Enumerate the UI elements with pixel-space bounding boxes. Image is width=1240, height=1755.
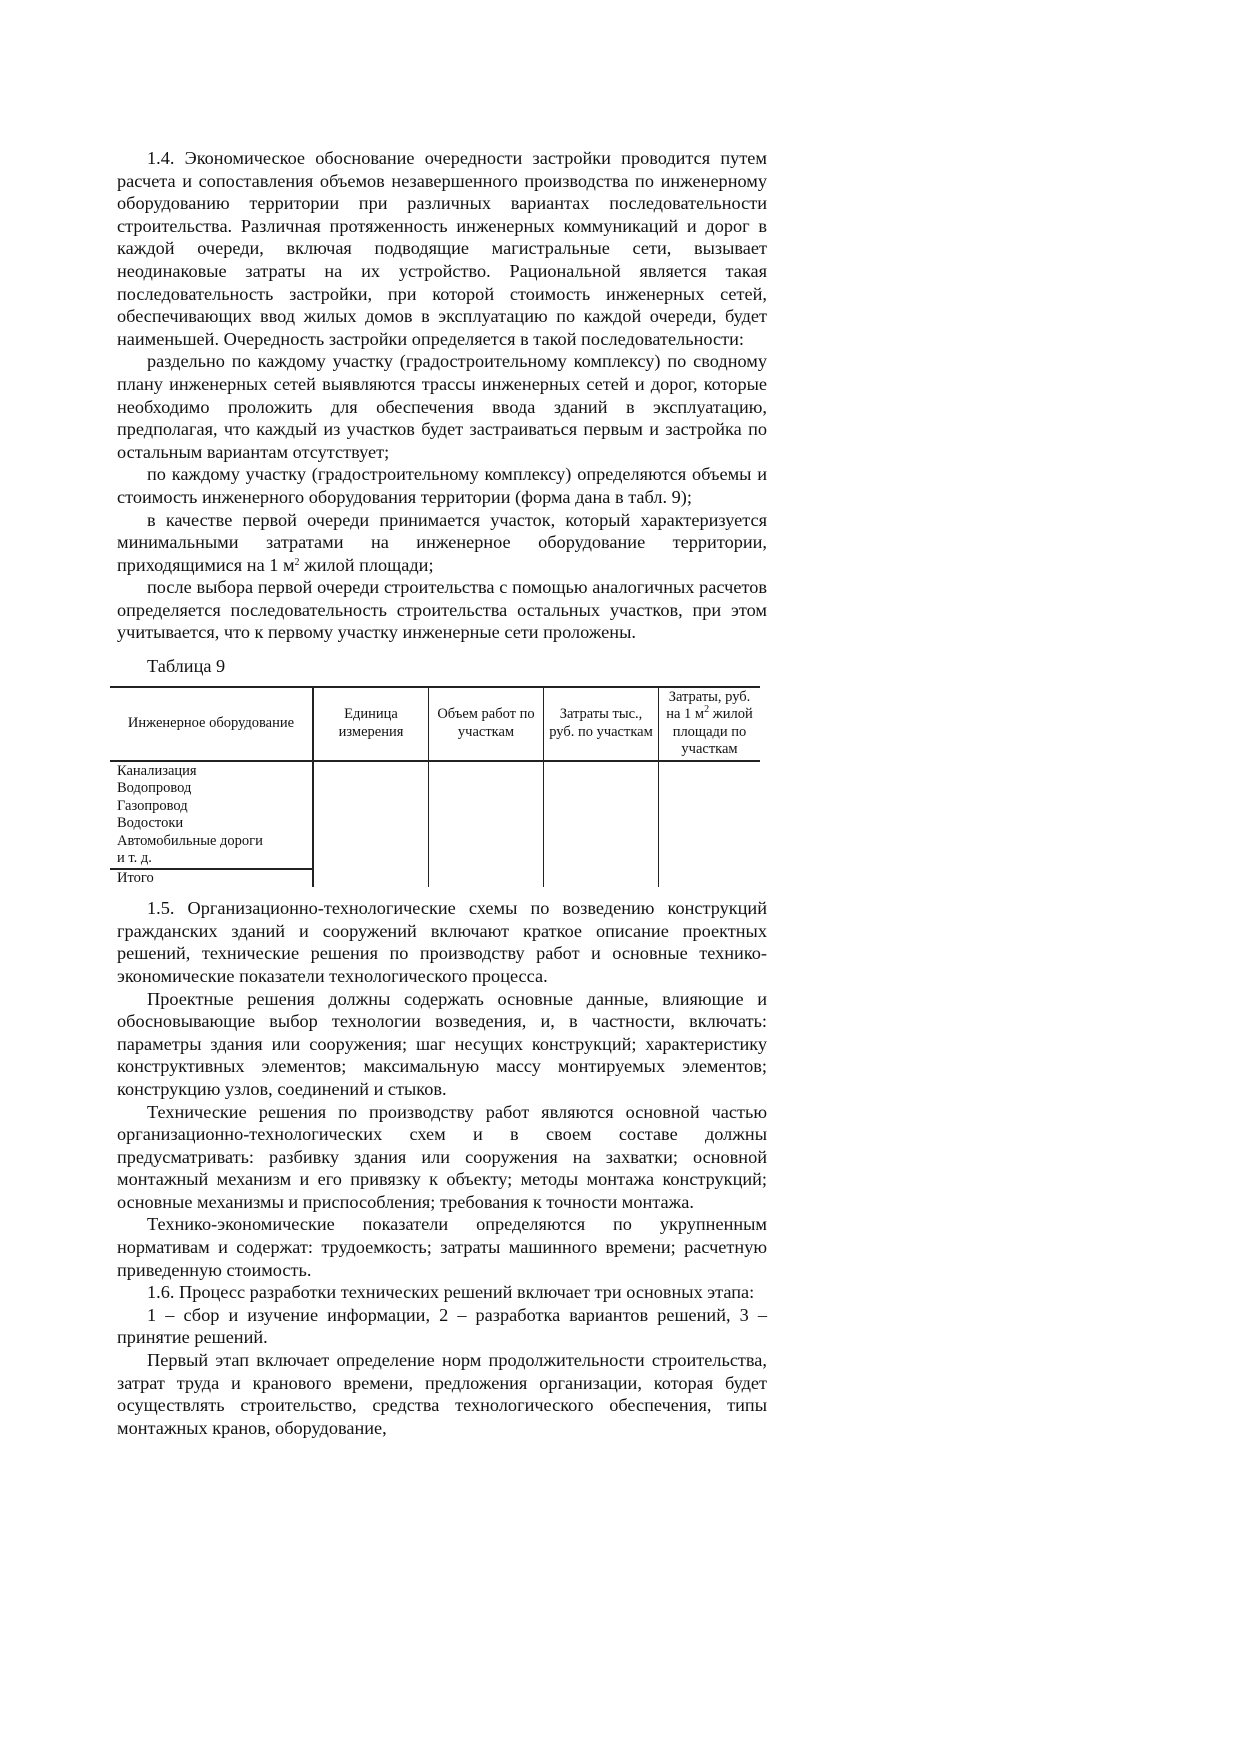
table-9: Инженерное оборудование Единица измерени… <box>110 686 760 888</box>
paragraph-step-4: после выбора первой очереди строительств… <box>117 576 767 644</box>
cost-per-m2-cell <box>659 761 761 888</box>
paragraph-design-solutions: Проектные решения должны содержать основ… <box>117 988 767 1101</box>
paragraph-1-5: 1.5. Организационно-технологические схем… <box>117 897 767 987</box>
table-row: Канализация Водопровод Газопровод Водост… <box>110 761 760 869</box>
list-item: и т. д. <box>117 850 305 868</box>
header-equipment: Инженерное оборудование <box>110 687 313 761</box>
list-item: Водостоки <box>117 815 305 833</box>
document-page: 1.4. Экономическое обоснование очереднос… <box>117 147 767 1439</box>
paragraph-stages: 1 – сбор и изучение информации, 2 – разр… <box>117 1304 767 1349</box>
list-item: Автомобильные дороги <box>117 833 305 851</box>
header-cost-per-m2: Затраты, руб. на 1 м2 жилой площади по у… <box>659 687 761 761</box>
list-item: Газопровод <box>117 798 305 816</box>
volume-cell <box>429 761 544 888</box>
cost-cell <box>544 761 659 888</box>
paragraph-1-4: 1.4. Экономическое обоснование очереднос… <box>117 147 767 350</box>
unit-cell <box>313 761 429 888</box>
total-label: Итого <box>110 869 313 888</box>
paragraph-first-stage: Первый этап включает определение норм пр… <box>117 1349 767 1439</box>
header-unit: Единица измерения <box>313 687 429 761</box>
paragraph-indicators: Технико-экономические показатели определ… <box>117 1213 767 1281</box>
list-item: Водопровод <box>117 780 305 798</box>
paragraph-1-6: 1.6. Процесс разработки технических реше… <box>117 1281 767 1304</box>
table-caption: Таблица 9 <box>117 655 767 678</box>
step-3-text-end: жилой площади; <box>300 555 434 575</box>
header-volume: Объем работ по участкам <box>429 687 544 761</box>
paragraph-step-3: в качестве первой очереди принимается уч… <box>117 509 767 577</box>
equipment-list: Канализация Водопровод Газопровод Водост… <box>110 761 313 869</box>
paragraph-step-1: раздельно по каждому участку (градострои… <box>117 350 767 463</box>
list-item: Канализация <box>117 763 305 781</box>
paragraph-step-2: по каждому участку (градостроительному к… <box>117 463 767 508</box>
step-3-text: в качестве первой очереди принимается уч… <box>117 510 767 575</box>
paragraph-technical-solutions: Технические решения по производству рабо… <box>117 1101 767 1214</box>
header-cost-thousand: Затраты тыс., руб. по участкам <box>544 687 659 761</box>
table-header-row: Инженерное оборудование Единица измерени… <box>110 687 760 761</box>
